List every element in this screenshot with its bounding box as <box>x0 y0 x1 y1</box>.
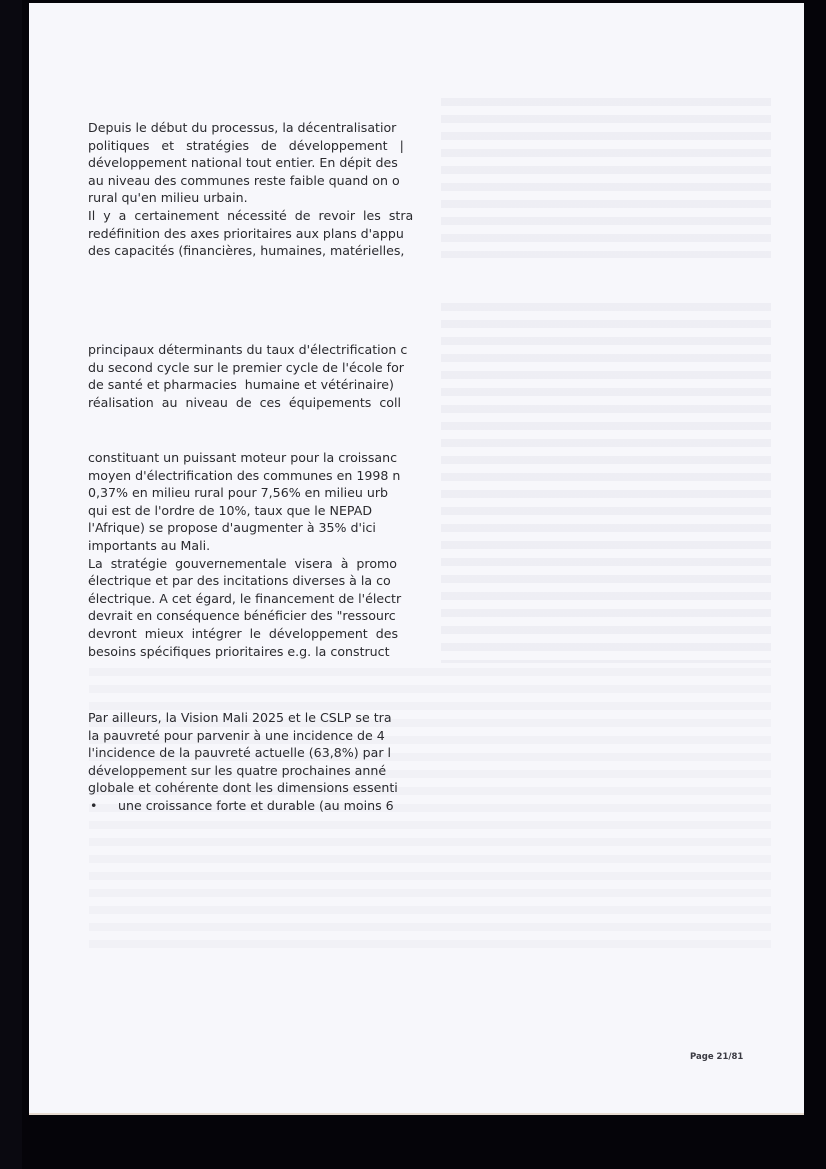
text-line: la pauvreté pour parvenir à une incidenc… <box>88 727 440 745</box>
text-line: développement national tout entier. En d… <box>88 154 440 172</box>
text-line: moyen d'électrification des communes en … <box>88 467 440 485</box>
bleed-through-area-top <box>441 98 771 258</box>
paragraph-vision-mali-2025: Par ailleurs, la Vision Mali 2025 et le … <box>88 709 440 815</box>
text-line: l'Afrique) se propose d'augmenter à 35% … <box>88 519 440 537</box>
text-line: Depuis le début du processus, la décentr… <box>88 119 440 137</box>
text-line: développement sur les quatre prochaines … <box>88 762 440 780</box>
paragraph-electrification-strategy: constituant un puissant moteur pour la c… <box>88 449 440 660</box>
text-line: La stratégie gouvernementale visera à pr… <box>88 555 440 573</box>
bullet-item-text: une croissance forte et durable (au moin… <box>118 798 394 813</box>
text-line: besoins spécifiques prioritaires e.g. la… <box>88 643 440 661</box>
text-line: au niveau des communes reste faible quan… <box>88 172 440 190</box>
bullet-list-item: •une croissance forte et durable (au moi… <box>88 797 440 815</box>
text-line: globale et cohérente dont les dimensions… <box>88 779 440 797</box>
text-line: du second cycle sur le premier cycle de … <box>88 359 440 377</box>
bullet-icon: • <box>88 797 118 815</box>
text-line: de santé et pharmacies humaine et vétéri… <box>88 376 440 394</box>
scanned-page-frame: Depuis le début du processus, la décentr… <box>0 0 826 1169</box>
text-line: principaux déterminants du taux d'électr… <box>88 341 440 359</box>
bleed-through-area-middle <box>441 303 771 663</box>
document-page: Depuis le début du processus, la décentr… <box>29 3 804 1115</box>
text-line: qui est de l'ordre de 10%, taux que le N… <box>88 502 440 520</box>
text-line: devrait en conséquence bénéficier des "r… <box>88 607 440 625</box>
paragraph-decentralisation: Depuis le début du processus, la décentr… <box>88 119 440 260</box>
text-line: importants au Mali. <box>88 537 440 555</box>
text-line: constituant un puissant moteur pour la c… <box>88 449 440 467</box>
text-line: rural qu'en milieu urbain. <box>88 189 440 207</box>
page-number: Page 21/81 <box>690 1052 743 1062</box>
paragraph-electrification-determinants: principaux déterminants du taux d'électr… <box>88 341 440 411</box>
text-line: Par ailleurs, la Vision Mali 2025 et le … <box>88 709 440 727</box>
text-line: électrique. A cet égard, le financement … <box>88 590 440 608</box>
text-line: électrique et par des incitations divers… <box>88 572 440 590</box>
text-line: réalisation au niveau de ces équipements… <box>88 394 440 412</box>
text-line: redéfinition des axes prioritaires aux p… <box>88 225 440 243</box>
scanner-left-border <box>0 0 22 1169</box>
text-line: Il y a certainement nécessité de revoir … <box>88 207 440 225</box>
text-line: devront mieux intégrer le développement … <box>88 625 440 643</box>
text-line: l'incidence de la pauvreté actuelle (63,… <box>88 744 440 762</box>
text-line: politiques et stratégies de développemen… <box>88 137 440 155</box>
text-line: 0,37% en milieu rural pour 7,56% en mili… <box>88 484 440 502</box>
text-line: des capacités (financières, humaines, ma… <box>88 242 440 260</box>
